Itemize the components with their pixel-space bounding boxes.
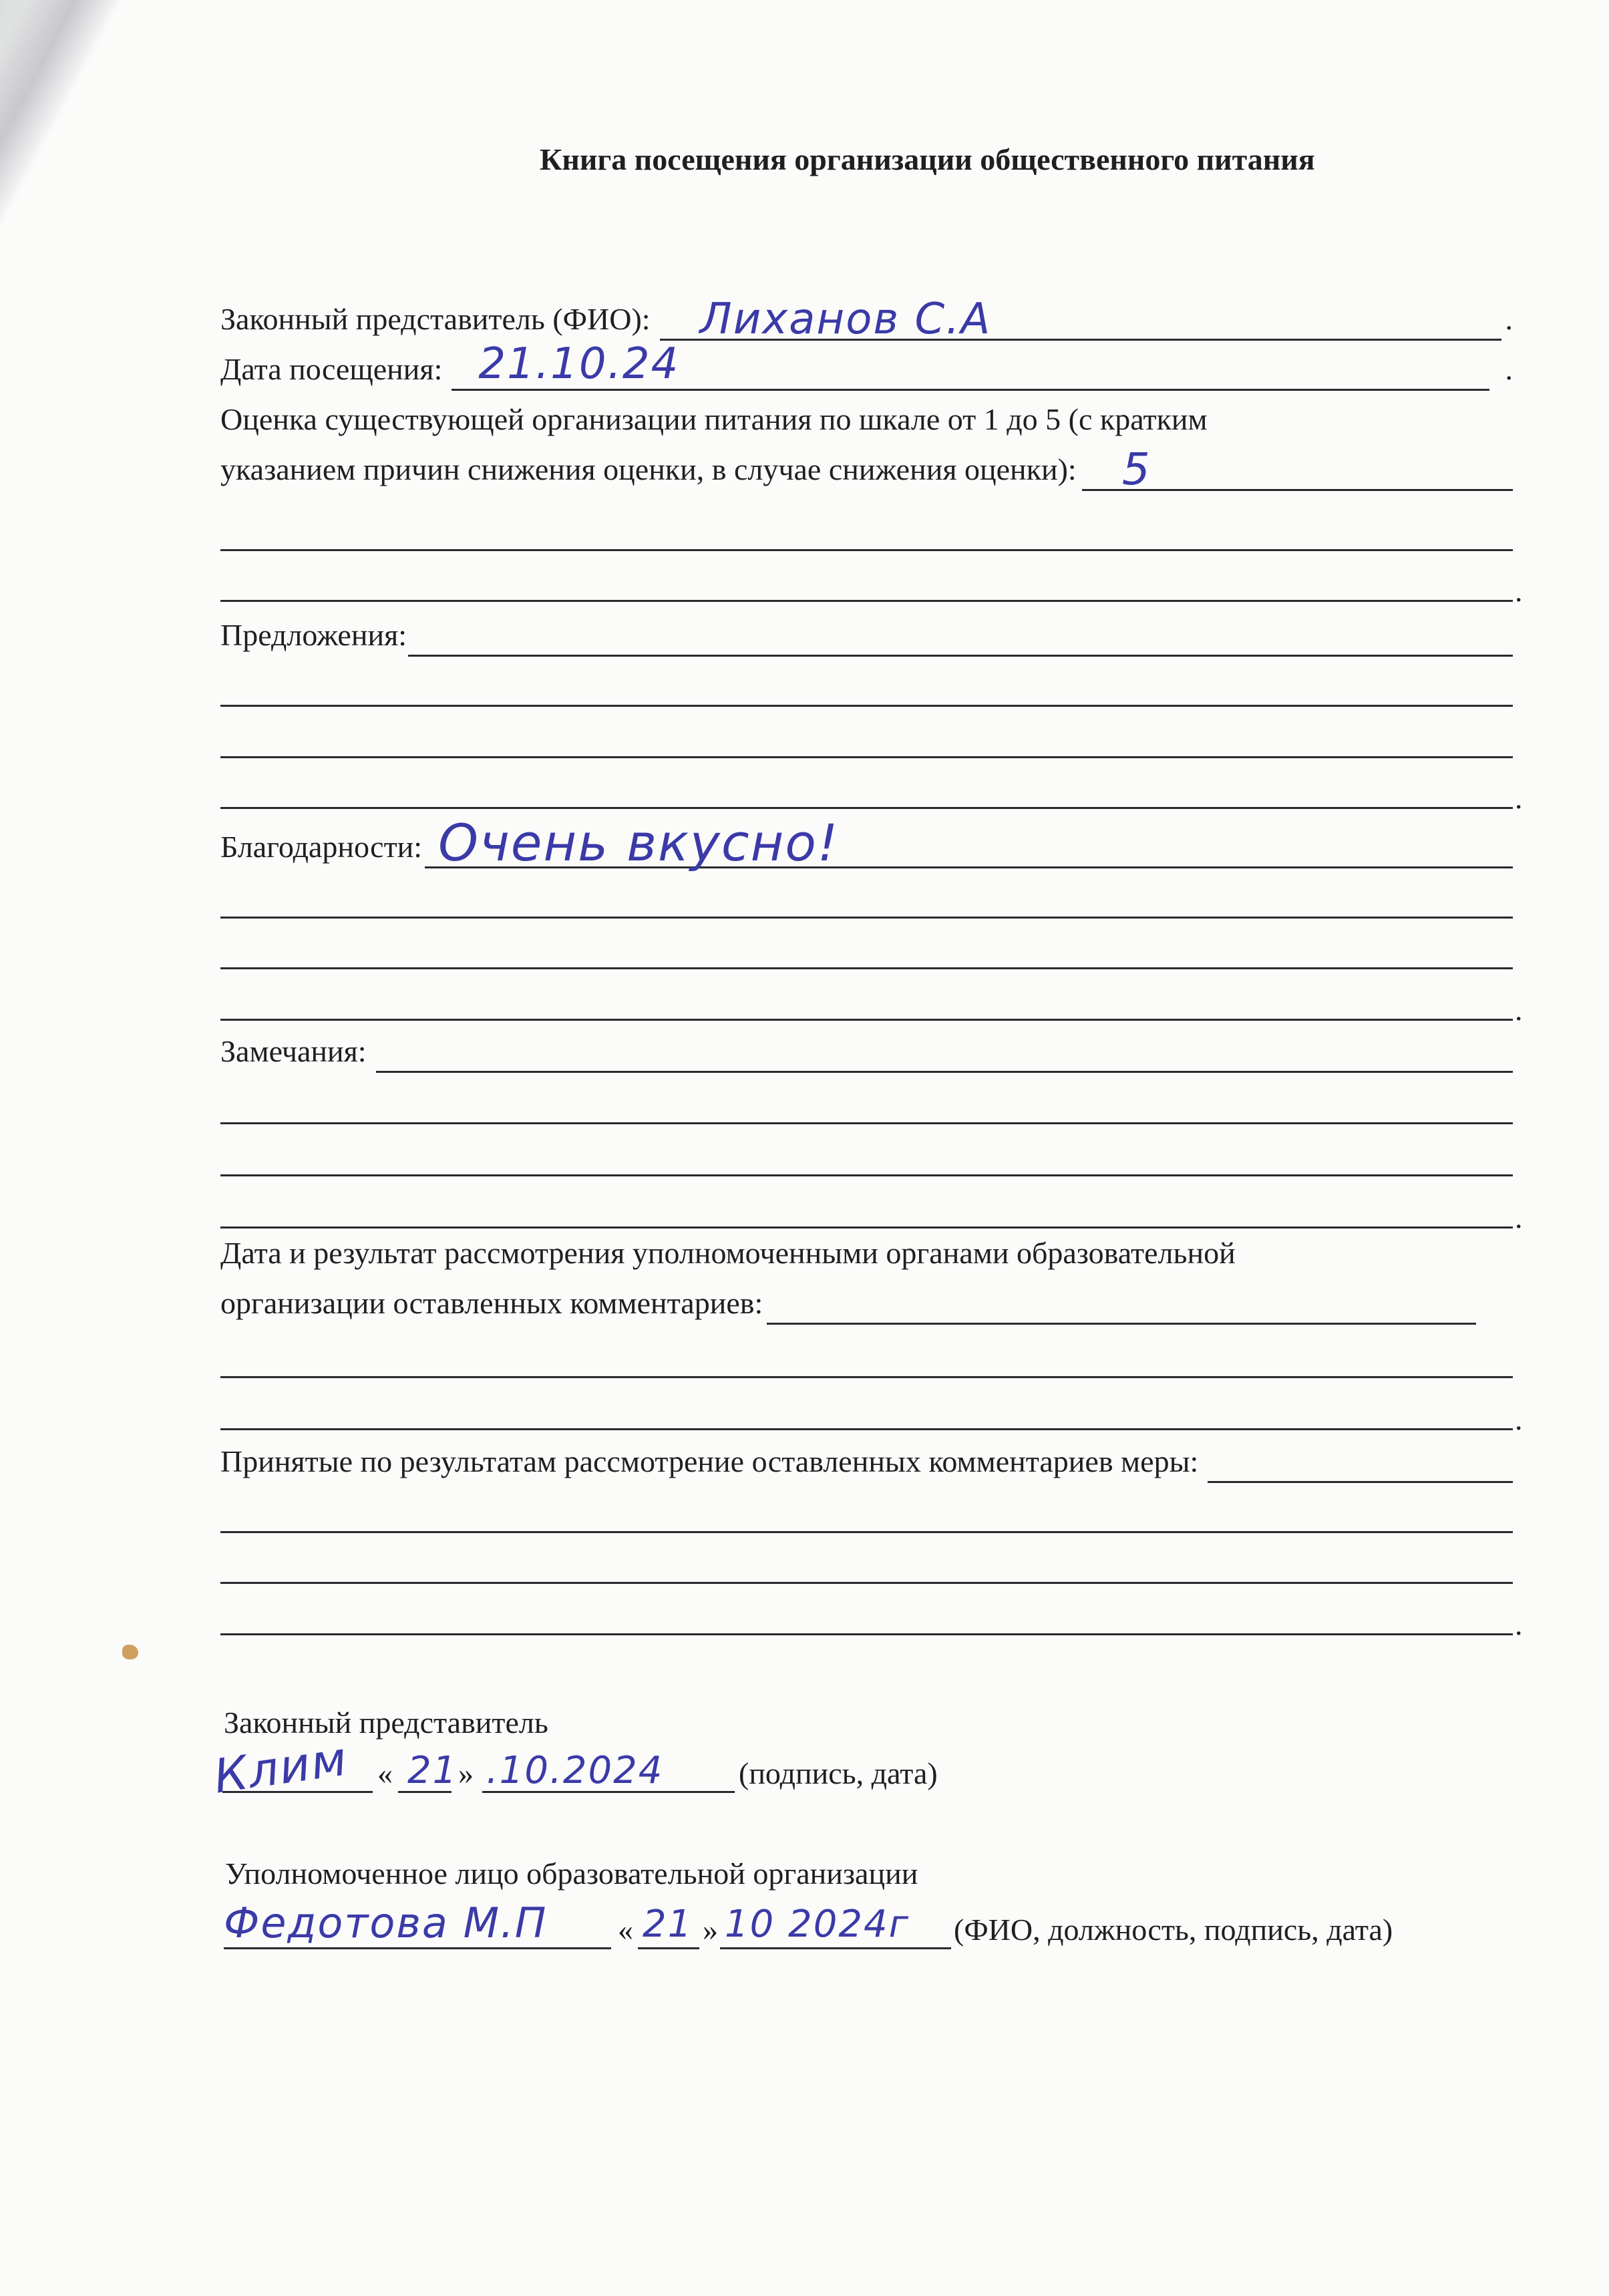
paper-stain	[122, 1645, 138, 1659]
thanks-label: Благодарности:	[220, 829, 422, 868]
rating-field: указанием причин снижения оценки, в случ…	[220, 451, 1513, 491]
official-day-line[interactable]	[638, 1947, 699, 1949]
representative-signature: Клим	[210, 1731, 351, 1804]
visit-date-field: Дата посещения: 21.10.24 .	[220, 351, 1513, 391]
rating-label-row-1: Оценка существующей организации питания …	[220, 401, 1513, 441]
rating-blank-line-2[interactable]	[220, 600, 1513, 602]
period: .	[1515, 1607, 1523, 1642]
rating-label-line2: указанием причин снижения оценки, в случ…	[220, 452, 1077, 491]
visit-date-input[interactable]: 21.10.24	[452, 351, 1489, 391]
measures-blank-line-1[interactable]	[220, 1531, 1513, 1533]
suggestions-blank-line-2[interactable]	[220, 756, 1513, 758]
period: .	[1515, 1402, 1523, 1437]
open-quote: «	[618, 1912, 633, 1947]
thanks-blank-line-2[interactable]	[220, 967, 1513, 969]
official-name-line[interactable]	[224, 1947, 611, 1949]
review-blank-line-1[interactable]	[220, 1376, 1513, 1378]
official-name: Федотова М.П	[224, 1899, 547, 1947]
remarks-blank-line-3[interactable]	[220, 1226, 1513, 1228]
review-label-row-1: Дата и результат рассмотрения уполномоче…	[220, 1235, 1513, 1275]
representative-label: Законный представитель (ФИО):	[220, 301, 651, 341]
representative-field: Законный представитель (ФИО): Лиханов С.…	[220, 301, 1513, 341]
suggestions-input[interactable]	[408, 617, 1513, 657]
remarks-blank-line-1[interactable]	[220, 1122, 1513, 1124]
representative-caption: (подпись, дата)	[739, 1756, 938, 1791]
thanks-blank-line-3[interactable]	[220, 1019, 1513, 1021]
review-label-line2: организации оставленных комментариев:	[220, 1285, 763, 1325]
official-caption: (ФИО, должность, подпись, дата)	[954, 1912, 1393, 1947]
official-day: 21	[643, 1903, 693, 1946]
review-blank-line-2[interactable]	[220, 1428, 1513, 1430]
review-field: организации оставленных комментариев:	[220, 1285, 1476, 1325]
measures-label: Принятые по результатам рассмотрение ост…	[220, 1444, 1198, 1483]
representative-input[interactable]: Лиханов С.А	[660, 301, 1501, 341]
suggestions-blank-line-1[interactable]	[220, 705, 1513, 707]
remarks-field: Замечания:	[220, 1033, 1513, 1073]
remarks-input[interactable]	[376, 1033, 1513, 1073]
remarks-label: Замечания:	[220, 1033, 367, 1073]
scanner-binding-shadow	[0, 0, 134, 347]
representative-signature-heading: Законный представитель	[224, 1705, 548, 1740]
representative-month-year: .10.2024	[486, 1749, 663, 1792]
close-quote: »	[703, 1912, 718, 1947]
official-date-line[interactable]	[720, 1947, 951, 1949]
rating-label-line1: Оценка существующей организации питания …	[220, 401, 1208, 441]
rating-input[interactable]: 5	[1082, 452, 1513, 491]
representative-day: 21	[407, 1749, 458, 1792]
remarks-blank-line-2[interactable]	[220, 1174, 1513, 1176]
visit-date-handwritten: 21.10.24	[478, 339, 679, 389]
measures-blank-line-2[interactable]	[220, 1582, 1513, 1584]
thanks-blank-line-1[interactable]	[220, 917, 1513, 919]
official-month-year: 10 2024г	[725, 1903, 910, 1946]
review-label-line1: Дата и результат рассмотрения уполномоче…	[220, 1235, 1236, 1275]
thanks-input[interactable]: Очень вкусно!	[425, 829, 1513, 868]
rating-handwritten: 5	[1122, 444, 1151, 495]
representative-handwritten: Лиханов С.А	[700, 295, 992, 344]
open-quote: «	[377, 1756, 393, 1791]
official-signature-heading: Уполномоченное лицо образовательной орга…	[225, 1856, 918, 1891]
period: .	[1505, 301, 1513, 341]
suggestions-blank-line-3[interactable]	[220, 807, 1513, 809]
thanks-field: Благодарности: Очень вкусно!	[220, 828, 1513, 868]
period: .	[1515, 573, 1523, 609]
measures-blank-line-3[interactable]	[220, 1633, 1513, 1635]
suggestions-field: Предложения:	[220, 617, 1513, 657]
period: .	[1505, 351, 1513, 391]
close-quote: »	[458, 1756, 474, 1791]
page-title: Книга посещения организации общественног…	[540, 142, 1315, 177]
period: .	[1515, 992, 1523, 1027]
suggestions-label: Предложения:	[220, 617, 407, 657]
period: .	[1515, 780, 1523, 816]
measures-field: Принятые по результатам рассмотрение ост…	[220, 1443, 1513, 1483]
visit-date-label: Дата посещения:	[220, 351, 442, 391]
thanks-handwritten: Очень вкусно!	[438, 813, 839, 872]
period: .	[1515, 1200, 1523, 1235]
rating-blank-line-1[interactable]	[220, 549, 1513, 551]
review-input[interactable]	[767, 1285, 1476, 1325]
measures-input[interactable]	[1208, 1444, 1513, 1483]
